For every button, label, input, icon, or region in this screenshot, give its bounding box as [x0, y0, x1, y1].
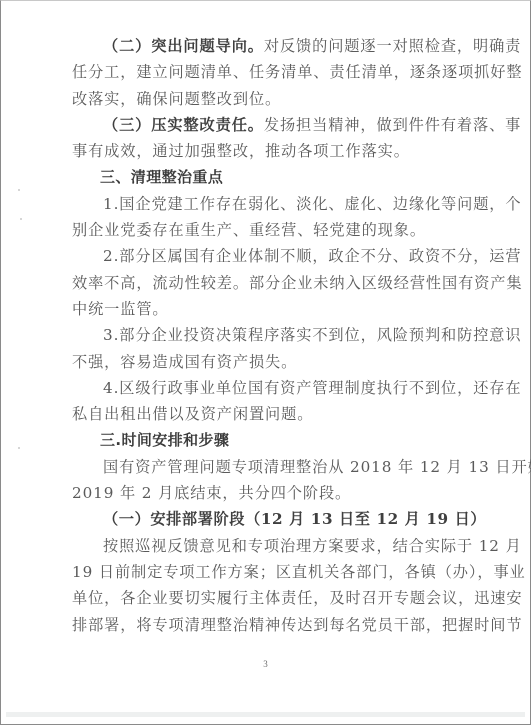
list-item-1: 1.国企党建工作存在弱化、淡化、虚化、边缘化等问题，个 别企业党委存在重生产、重… [72, 191, 456, 244]
page-number: 3 [0, 659, 531, 669]
text-line: 2019 年 2 月底结束，共分四个阶段。 [72, 480, 456, 506]
text-line: 2.部分区属国有企业体制不顺，政企不分、政资不分，运营 [72, 243, 456, 269]
subsection-heading-deployment-phase: （一）安排部署阶段（12 月 13 日至 12 月 19 日） [72, 506, 456, 532]
page-bottom-edge [6, 712, 525, 717]
paragraph-rectification-responsibility: （三）压实整改责任。发扬担当精神，做到件件有着落、事 事有成效，通过加强整改，推… [72, 112, 456, 165]
paragraph-timeline-intro: 国有资产管理问题专项清理整治从 2018 年 12 月 13 日开始， 2019… [72, 454, 456, 507]
text-line: 私自出租出借以及资产闲置问题。 [72, 401, 456, 427]
text-line: 不强，容易造成国有资产损失。 [72, 349, 456, 375]
list-item-2: 2.部分区属国有企业体制不顺，政企不分、政资不分，运营 效率不高，流动性较差。部… [72, 243, 456, 322]
text-line: 1.国企党建工作存在弱化、淡化、虚化、边缘化等问题，个 [72, 191, 456, 217]
text-line: 中统一监管。 [72, 296, 456, 322]
paragraph-lead: （三）压实整改责任。 [103, 116, 264, 134]
scan-speck [20, 218, 22, 220]
document-body: （二）突出问题导向。对反馈的问题逐一对照检查，明确责 任分工，建立问题清单、任务… [72, 33, 456, 638]
text-line: 效率不高，流动性较差。部分企业未纳入区级经营性国有资产集 [72, 270, 456, 296]
paragraph-lead: （二）突出问题导向。 [103, 37, 264, 55]
list-item-4: 4.区级行政事业单位国有资产管理制度执行不到位，还存在 私自出租出借以及资产闲置… [72, 375, 456, 428]
scan-speck [18, 189, 20, 191]
text-line: 改落实，确保问题整改到位。 [72, 86, 456, 112]
text-line: 事有成效，通过加强整改，推动各项工作落实。 [72, 138, 456, 164]
text-line: 按照巡视反馈意见和专项治理方案要求，结合实际于 12 月 [72, 533, 456, 559]
text-line: 任分工，建立问题清单、任务清单、责任清单，逐条逐项抓好整 [72, 59, 456, 85]
paragraph-problem-orientation: （二）突出问题导向。对反馈的问题逐一对照检查，明确责 任分工，建立问题清单、任务… [72, 33, 456, 112]
text-line: 国有资产管理问题专项清理整治从 2018 年 12 月 13 日开始， [72, 454, 456, 480]
text-line: 4.区级行政事业单位国有资产管理制度执行不到位，还存在 [72, 375, 456, 401]
text-line: 别企业党委存在重生产、重经营、轻党建的现象。 [72, 217, 456, 243]
text-line: 19 日前制定专项工作方案；区直机关各部门，各镇（办），事业 [72, 559, 456, 585]
paragraph-deployment-phase: 按照巡视反馈意见和专项治理方案要求，结合实际于 12 月 19 日前制定专项工作… [72, 533, 456, 638]
list-item-3: 3.部分企业投资决策程序落实不到位，风险预判和防控意识 不强，容易造成国有资产损… [72, 322, 456, 375]
text-line: 3.部分企业投资决策程序落实不到位，风险预判和防控意识 [72, 322, 456, 348]
text-line: （二）突出问题导向。对反馈的问题逐一对照检查，明确责 [72, 33, 456, 59]
text-line: 单位，各企业要切实履行主体责任，及时召开专题会议，迅速安 [72, 585, 456, 611]
text-line: （三）压实整改责任。发扬担当精神，做到件件有着落、事 [72, 112, 456, 138]
section-heading-timeline: 三.时间安排和步骤 [72, 427, 456, 453]
section-heading-cleanup-focus: 三、清理整治重点 [72, 164, 456, 190]
scan-speck [18, 447, 20, 449]
text-line: 排部署，将专项清理整治精神传达到每名党员干部，把握时间节 [72, 612, 456, 638]
